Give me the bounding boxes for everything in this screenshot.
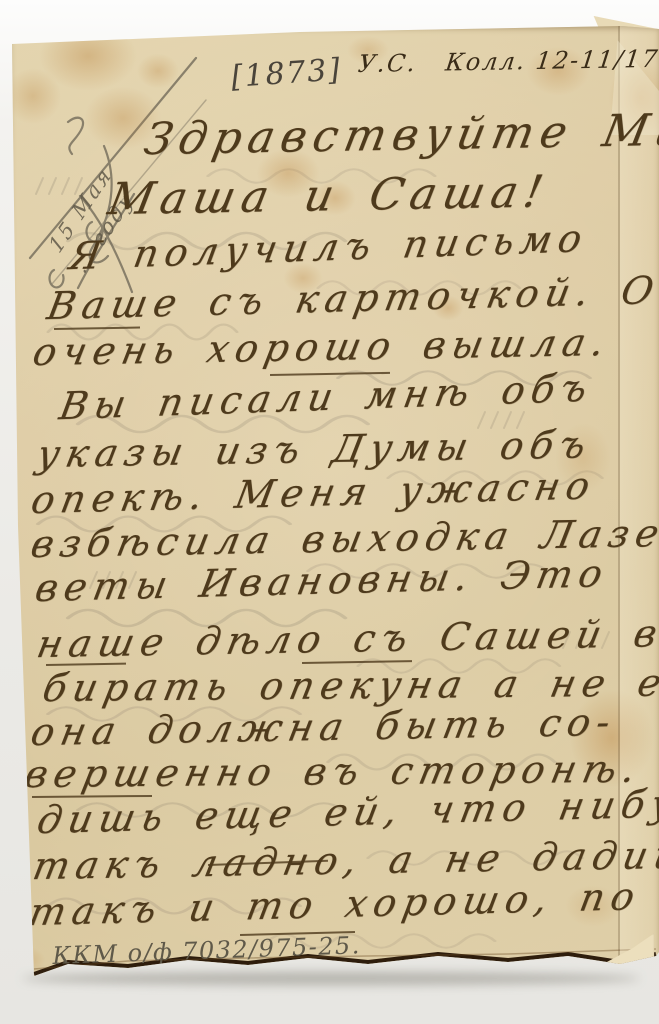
- scanned-letter-page: У.С. Колл. 12-11/17. [1873] 15 Мая … год…: [0, 0, 659, 1024]
- letter-line: она должна быть со-: [27, 700, 620, 754]
- letter-line: Здравствуйте Милые: [140, 103, 659, 166]
- inventory-number: ККМ о/ф 7032/975-25.: [52, 931, 361, 970]
- letter-page: У.С. Колл. 12-11/17. [1873] 15 Мая … год…: [8, 26, 659, 986]
- year-annotation: [1873]: [230, 52, 343, 95]
- letter-line: Маша и Саша!: [104, 166, 553, 225]
- letter-line: Я получилъ письмо: [66, 216, 591, 278]
- scan-shadow: [22, 972, 640, 985]
- letter-line: наше дѣло съ Сашей вы: [33, 610, 659, 666]
- archive-mark-ink: У.С. Колл. 12-11/17.: [357, 45, 659, 78]
